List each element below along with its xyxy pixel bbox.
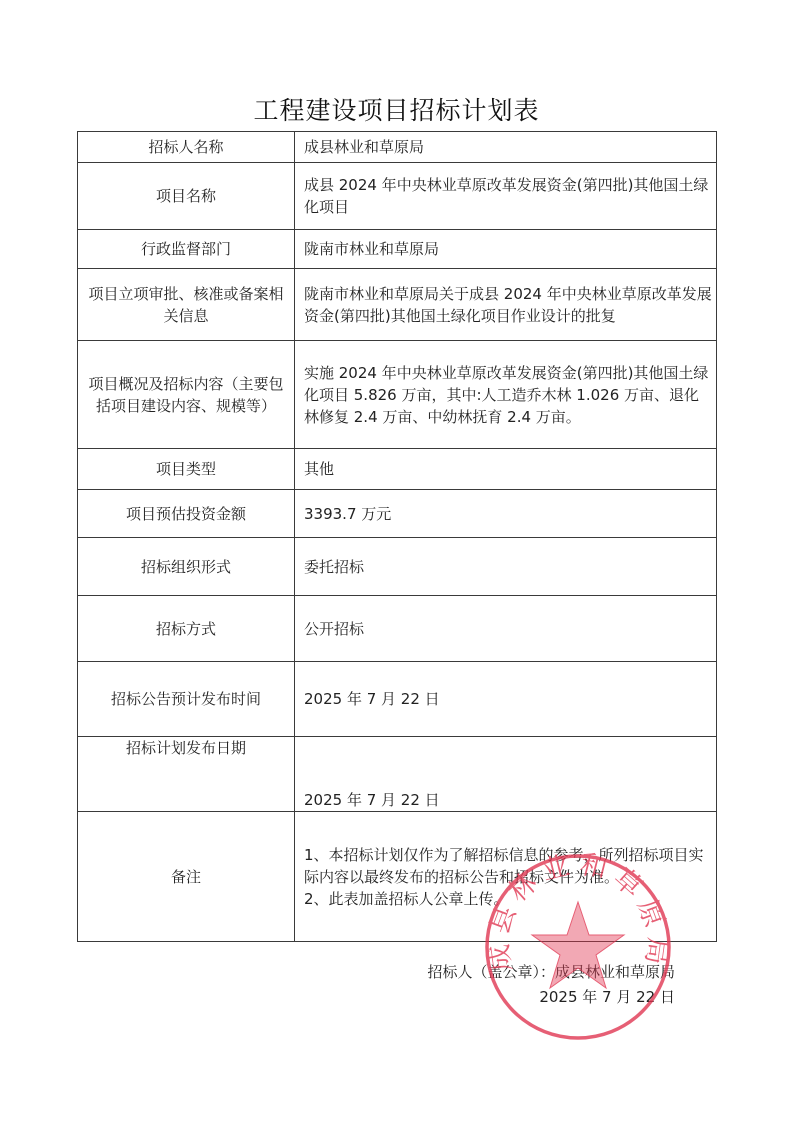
table-row-plan-release-date: 招标计划发布日期 2025 年 7 月 22 日: [78, 737, 717, 812]
row-value: 2025 年 7 月 22 日: [295, 662, 717, 737]
row-label: 项目概况及招标内容（主要包括项目建设内容、规模等）: [78, 341, 295, 449]
signature-block: 招标人（盖公章）：成县林业和草原局 2025 年 7 月 22 日: [400, 960, 675, 1010]
row-label: 招标人名称: [78, 132, 295, 163]
row-value: 委托招标: [295, 538, 717, 596]
table-row-project-name: 项目名称 成县 2024 年中央林业草原改革发展资金(第四批)其他国土绿化项目: [78, 163, 717, 230]
table-row-estimated-investment: 项目预估投资金额 3393.7 万元: [78, 490, 717, 538]
row-label: 项目名称: [78, 163, 295, 230]
table-row-remarks: 备注 1、本招标计划仅作为了解招标信息的参考，所列招标项目实际内容以最终发布的招…: [78, 812, 717, 942]
table-row-supervision-dept: 行政监督部门 陇南市林业和草原局: [78, 230, 717, 269]
row-label: 招标公告预计发布时间: [78, 662, 295, 737]
table-row-project-type: 项目类型 其他: [78, 449, 717, 490]
table-row-organization-form: 招标组织形式 委托招标: [78, 538, 717, 596]
date-line: 2025 年 7 月 22 日: [400, 985, 675, 1010]
bid-plan-table: 招标人名称 成县林业和草原局 项目名称 成县 2024 年中央林业草原改革发展资…: [77, 131, 717, 942]
row-value: 陇南市林业和草原局: [295, 230, 717, 269]
row-value: 1、本招标计划仅作为了解招标信息的参考，所列招标项目实际内容以最终发布的招标公告…: [295, 812, 717, 942]
row-value: 2025 年 7 月 22 日: [295, 737, 717, 812]
table-row-tenderer-name: 招标人名称 成县林业和草原局: [78, 132, 717, 163]
row-label: 行政监督部门: [78, 230, 295, 269]
row-value: 3393.7 万元: [295, 490, 717, 538]
issuer-line: 招标人（盖公章）：成县林业和草原局: [400, 960, 675, 985]
row-label: 项目类型: [78, 449, 295, 490]
row-value: 公开招标: [295, 596, 717, 662]
row-label: 备注: [78, 812, 295, 942]
row-label: 项目预估投资金额: [78, 490, 295, 538]
row-value: 成县林业和草原局: [295, 132, 717, 163]
table-row-project-overview: 项目概况及招标内容（主要包括项目建设内容、规模等） 实施 2024 年中央林业草…: [78, 341, 717, 449]
page-title: 工程建设项目招标计划表: [0, 91, 793, 127]
row-value: 其他: [295, 449, 717, 490]
table-row-approval-info: 项目立项审批、核准或备案相关信息 陇南市林业和草原局关于成县 2024 年中央林…: [78, 269, 717, 341]
row-label: 招标计划发布日期: [78, 737, 295, 812]
row-value: 陇南市林业和草原局关于成县 2024 年中央林业草原改革发展资金(第四批)其他国…: [295, 269, 717, 341]
row-label: 招标组织形式: [78, 538, 295, 596]
table-row-bidding-method: 招标方式 公开招标: [78, 596, 717, 662]
row-value: 实施 2024 年中央林业草原改革发展资金(第四批)其他国土绿化项目 5.826…: [295, 341, 717, 449]
row-value: 成县 2024 年中央林业草原改革发展资金(第四批)其他国土绿化项目: [295, 163, 717, 230]
row-label: 招标方式: [78, 596, 295, 662]
row-label: 项目立项审批、核准或备案相关信息: [78, 269, 295, 341]
table-row-announcement-date: 招标公告预计发布时间 2025 年 7 月 22 日: [78, 662, 717, 737]
